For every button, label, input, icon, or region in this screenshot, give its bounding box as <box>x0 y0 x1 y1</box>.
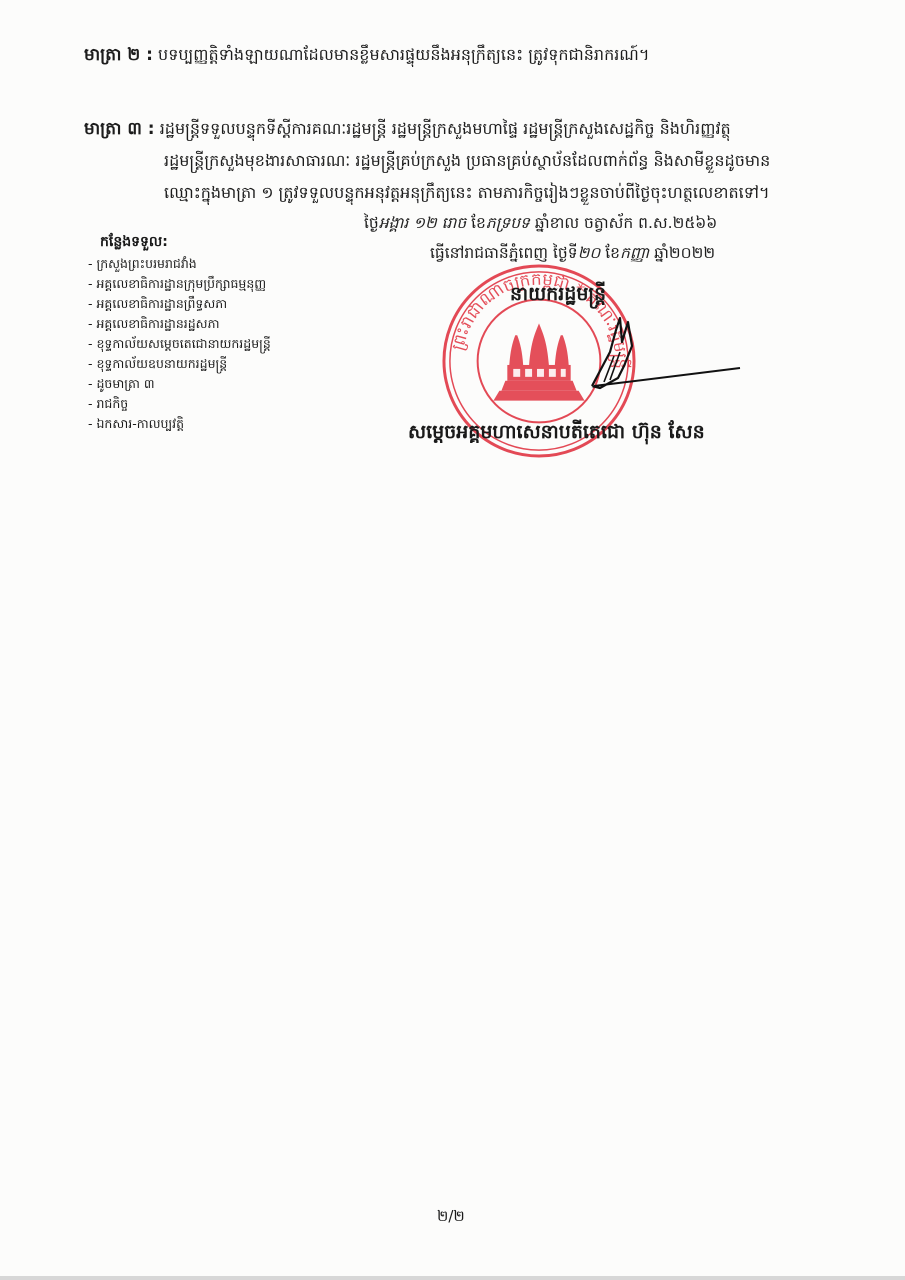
article-3-text-1: រដ្ឋមន្ត្រីទទួលបន្ទុកទីស្តីការគណៈរដ្ឋមន្… <box>160 119 731 138</box>
recipient-item: - អគ្គលេខាធិការដ្ឋានព្រឹទ្ធសភា <box>88 294 271 314</box>
signature-icon <box>580 312 750 394</box>
solar-month-handwritten: កញ្ញា <box>620 244 649 262</box>
solar-month-prefix: ខែ <box>605 244 620 262</box>
solar-day-handwritten: ២០ <box>578 244 601 262</box>
lunar-day-handwritten: អង្គារ ១២ រោច <box>379 214 466 232</box>
recipients-title: កន្លែងទទួល: <box>100 232 271 252</box>
scan-edge-divider <box>0 1276 905 1280</box>
recipient-item: - រាជកិច្ច <box>88 394 271 414</box>
lunar-year: ឆ្នាំខាល ចត្វាស័ក ព.ស.២៥៦៦ <box>535 214 717 232</box>
article-3-line-2: រដ្ឋមន្ត្រីក្រសួងមុខងារសាធារណៈ រដ្ឋមន្ត្… <box>164 148 770 174</box>
solar-year: ឆ្នាំ២០២២ <box>654 244 715 262</box>
recipients-list: - ក្រសួងព្រះបរមរាជវាំង - អគ្គលេខាធិការដ្… <box>88 254 271 434</box>
lunar-month-prefix: ខែ <box>471 214 486 232</box>
article-3-label: មាត្រា ៣ : <box>84 119 155 139</box>
article-2-label: មាត្រា ២ : <box>84 45 153 65</box>
document-page: មាត្រា ២ : បទប្បញ្ញត្តិទាំងឡាយណាដែលមានខ្… <box>0 0 905 1280</box>
lunar-date: ថ្ងៃអង្គារ ១២ រោច ខែភទ្របទ ឆ្នាំខាល ចត្វ… <box>364 210 717 236</box>
recipient-item: - ខុទ្ទកាល័យឧបនាយករដ្ឋមន្ត្រី <box>88 354 271 374</box>
signatory-title: នាយករដ្ឋមន្ត្រី <box>510 282 606 310</box>
article-3-line-3: ឈ្មោះក្នុងមាត្រា ១ ត្រូវទទួលបន្ទុកអនុវត្… <box>164 180 770 206</box>
recipient-item: - ឯកសារ-កាលប្បវត្តិ <box>88 414 271 434</box>
recipient-item: - ខុទ្ទកាល័យសម្តេចតេជោនាយករដ្ឋមន្ត្រី <box>88 334 271 354</box>
page-number: ២/២ <box>437 1207 465 1229</box>
recipient-item: - ដូចមាត្រា ៣ <box>88 374 271 394</box>
lunar-date-prefix: ថ្ងៃ <box>364 214 379 232</box>
lunar-month-handwritten: ភទ្របទ <box>486 214 530 232</box>
recipient-item: - អគ្គលេខាធិការដ្ឋានក្រុមប្រឹក្សាធម្មនុញ… <box>88 274 271 294</box>
recipient-item: - ក្រសួងព្រះបរមរាជវាំង <box>88 254 271 274</box>
solar-date-prefix: ធ្វើនៅរាជធានីភ្នំពេញ ថ្ងៃទី <box>430 244 578 262</box>
article-2: មាត្រា ២ : បទប្បញ្ញត្តិទាំងឡាយណាដែលមានខ្… <box>84 42 649 68</box>
recipient-item: - អគ្គលេខាធិការដ្ឋានរដ្ឋសភា <box>88 314 271 334</box>
recipients-block: កន្លែងទទួល: - ក្រសួងព្រះបរមរាជវាំង - អគ្… <box>88 232 271 434</box>
article-3-line-1: មាត្រា ៣ : រដ្ឋមន្ត្រីទទួលបន្ទុកទីស្តីកា… <box>84 116 731 142</box>
signatory-name: សម្តេចអគ្គមហាសេនាបតីតេជោ ហ៊ុន សែន <box>408 420 705 448</box>
article-2-text: បទប្បញ្ញត្តិទាំងឡាយណាដែលមានខ្លឹមសារផ្ទុយ… <box>158 45 649 64</box>
